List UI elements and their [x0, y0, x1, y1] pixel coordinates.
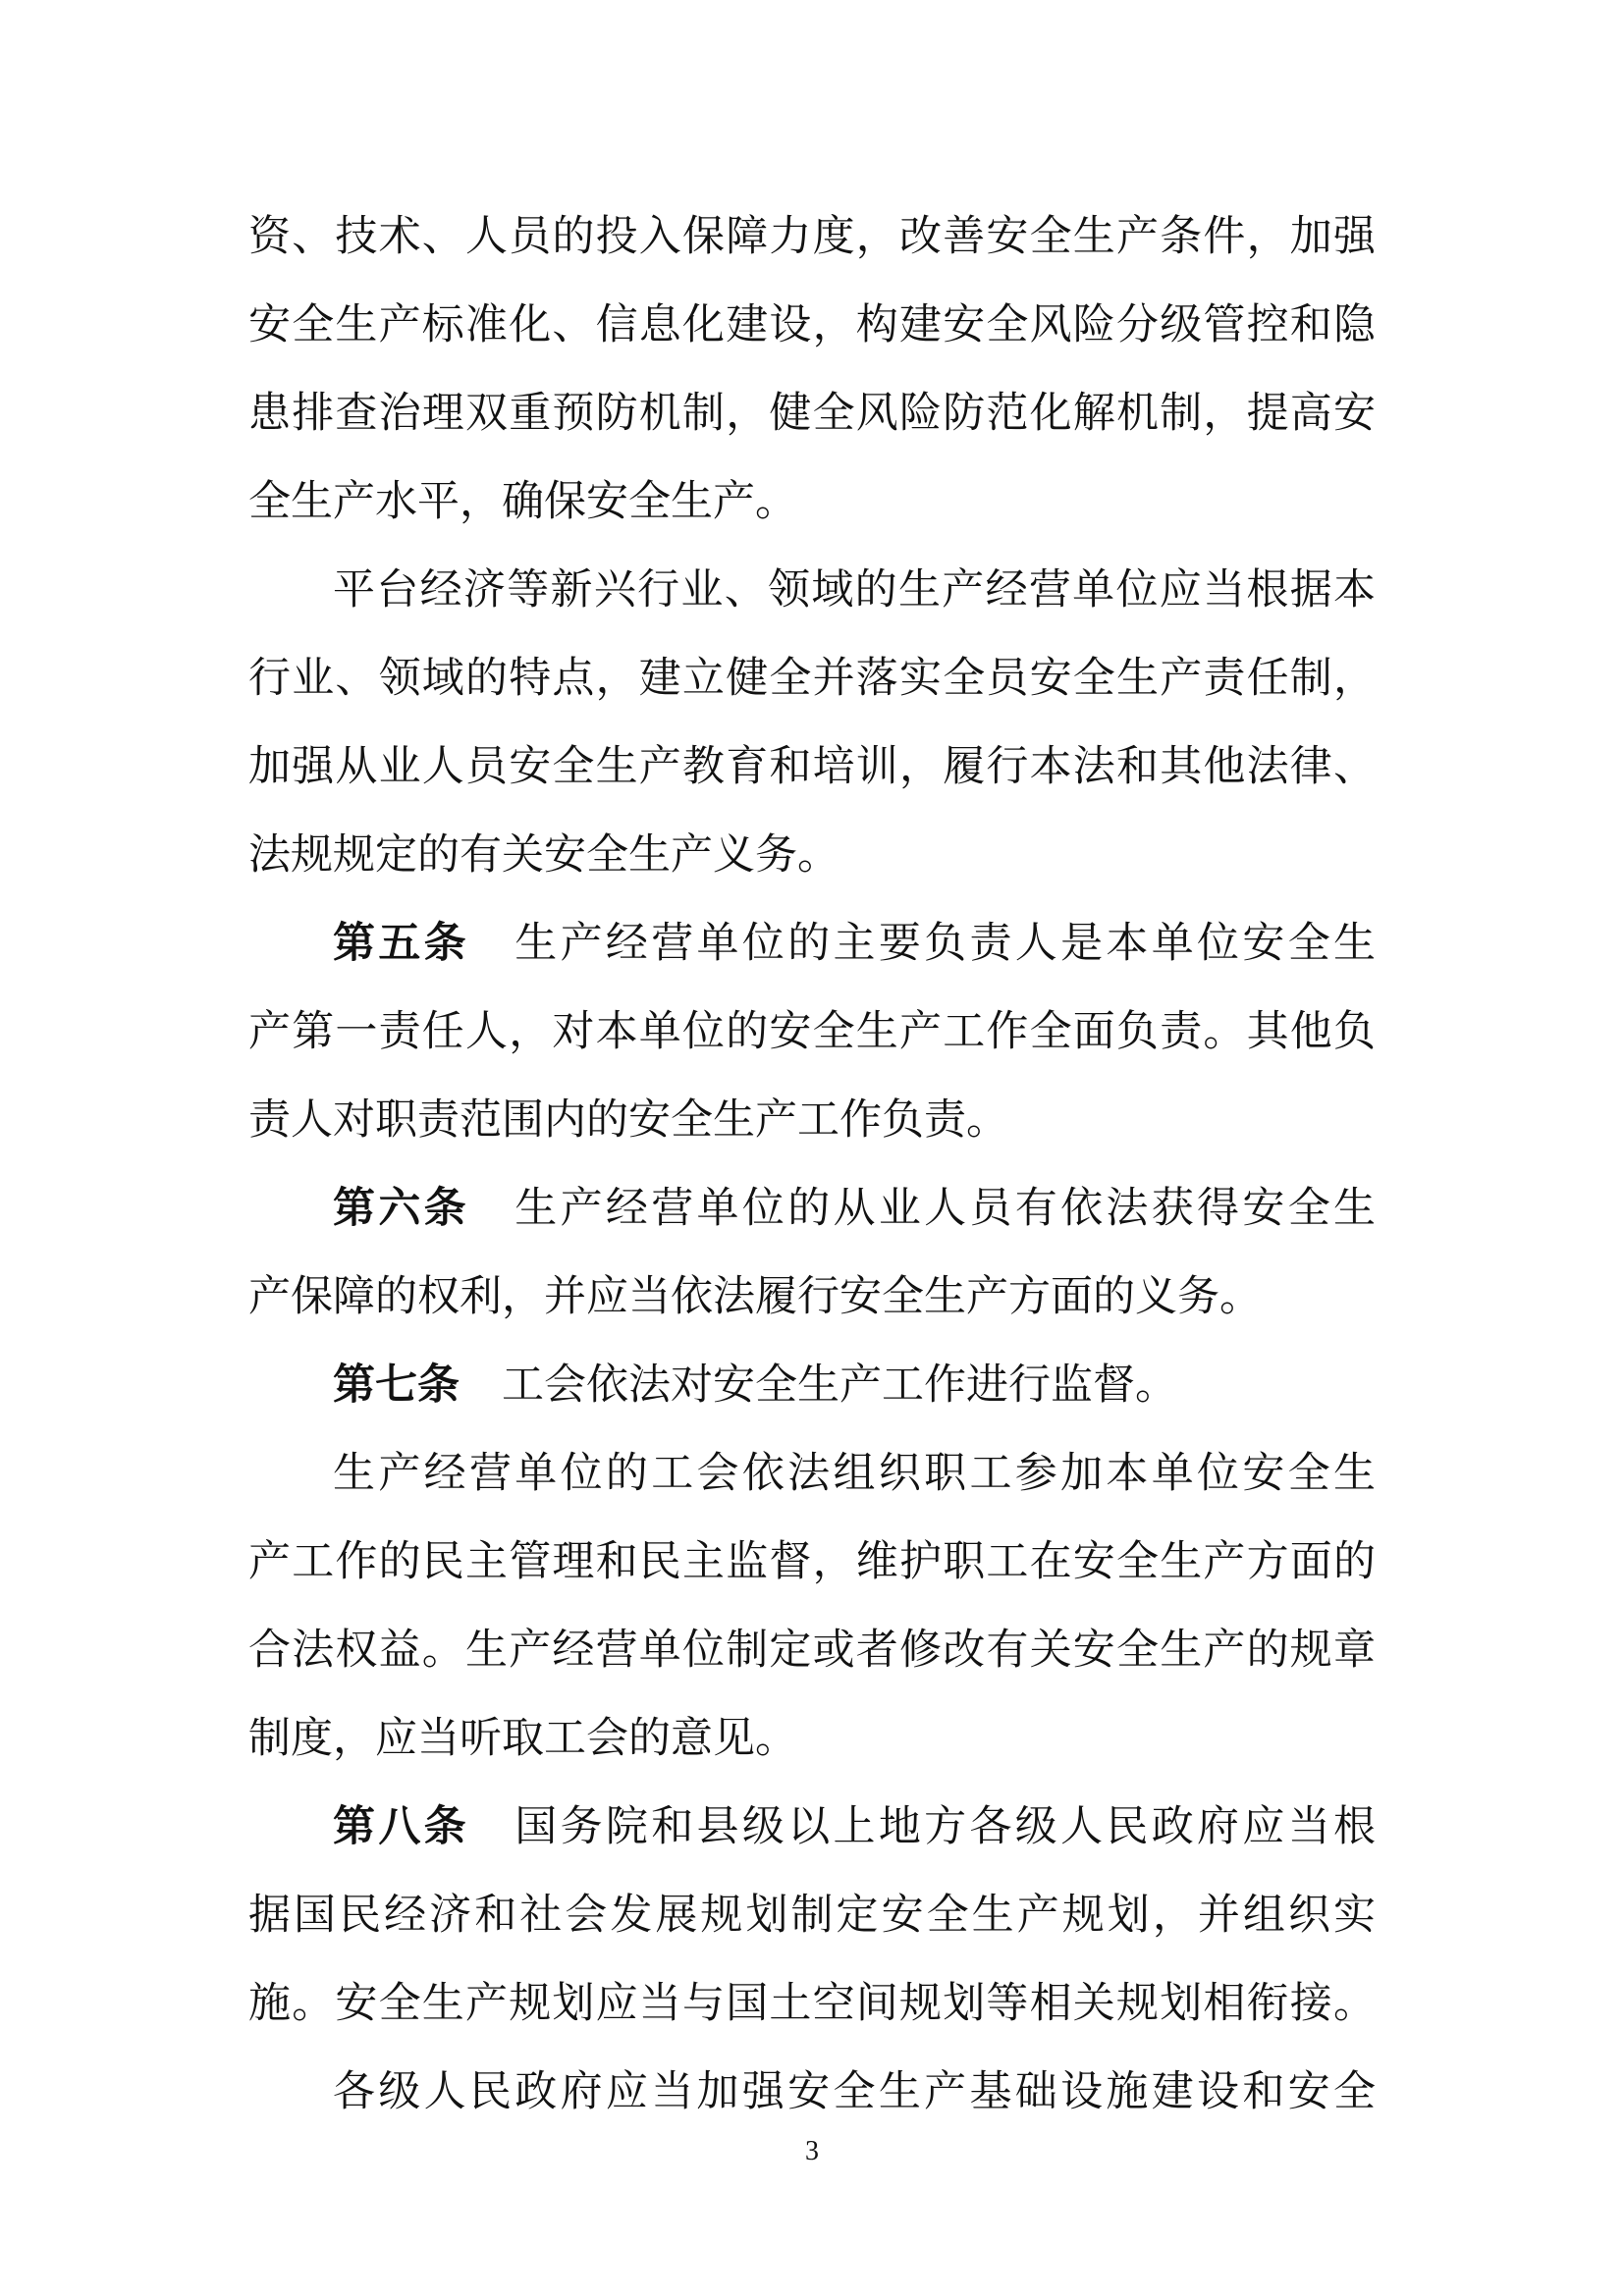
text-line: 行业、领域的特点，建立健全并落实全员安全生产责任制，	[248, 635, 1376, 723]
heading-gap	[469, 1221, 512, 1222]
text-line: 第六条生产经营单位的从业人员有依法获得安全生	[248, 1165, 1376, 1254]
text-line: 制度，应当听取工会的意见。	[248, 1695, 1376, 1784]
article-heading: 第五条	[333, 921, 469, 967]
text-line: 产工作的民主管理和民主监督，维护职工在安全生产方面的	[248, 1519, 1376, 1607]
text-line: 责人对职责范围内的安全生产工作负责。	[248, 1077, 1376, 1165]
document-body: 资、技术、人员的投入保障力度，改善安全生产条件，加强安全生产标准化、信息化建设，…	[248, 193, 1376, 2137]
text-line: 全生产水平，确保安全生产。	[248, 458, 1376, 547]
text-line: 第八条国务院和县级以上地方各级人民政府应当根	[248, 1784, 1376, 1872]
text-line: 产保障的权利，并应当依法履行安全生产方面的义务。	[248, 1254, 1376, 1342]
text-line: 第五条生产经营单位的主要负责人是本单位安全生	[248, 900, 1376, 988]
heading-gap	[469, 1840, 512, 1841]
text-line: 各级人民政府应当加强安全生产基础设施建设和安全	[248, 2049, 1376, 2137]
text-line: 生产经营单位的工会依法组织职工参加本单位安全生	[248, 1430, 1376, 1519]
document-page: 资、技术、人员的投入保障力度，改善安全生产条件，加强安全生产标准化、信息化建设，…	[0, 0, 1624, 2296]
article-heading: 第六条	[333, 1186, 469, 1232]
text-line: 第七条工会依法对安全生产工作进行监督。	[248, 1342, 1376, 1430]
text-line: 合法权益。生产经营单位制定或者修改有关安全生产的规章	[248, 1607, 1376, 1695]
text-run: 生产经营单位的从业人员有依法获得安全生	[512, 1186, 1376, 1232]
heading-gap	[469, 956, 512, 957]
article-heading: 第八条	[333, 1804, 469, 1850]
text-line: 据国民经济和社会发展规划制定安全生产规划，并组织实	[248, 1872, 1376, 1960]
heading-gap	[460, 1398, 502, 1399]
text-line: 加强从业人员安全生产教育和培训，履行本法和其他法律、	[248, 723, 1376, 812]
text-line: 平台经济等新兴行业、领域的生产经营单位应当根据本	[248, 547, 1376, 635]
text-line: 患排查治理双重预防机制，健全风险防范化解机制，提高安	[248, 370, 1376, 458]
page-number: 3	[805, 2136, 819, 2166]
text-run: 工会依法对安全生产工作进行监督。	[502, 1362, 1177, 1409]
text-run: 国务院和县级以上地方各级人民政府应当根	[512, 1804, 1376, 1850]
text-run: 生产经营单位的主要负责人是本单位安全生	[512, 921, 1376, 967]
article-heading: 第七条	[333, 1362, 460, 1409]
text-line: 安全生产标准化、信息化建设，构建安全风险分级管控和隐	[248, 282, 1376, 370]
page-footer: 3	[0, 2132, 1624, 2171]
text-line: 资、技术、人员的投入保障力度，改善安全生产条件，加强	[248, 193, 1376, 282]
text-line: 产第一责任人，对本单位的安全生产工作全面负责。其他负	[248, 988, 1376, 1077]
text-line: 施。安全生产规划应当与国土空间规划等相关规划相衔接。	[248, 1960, 1376, 2049]
text-line: 法规规定的有关安全生产义务。	[248, 812, 1376, 900]
